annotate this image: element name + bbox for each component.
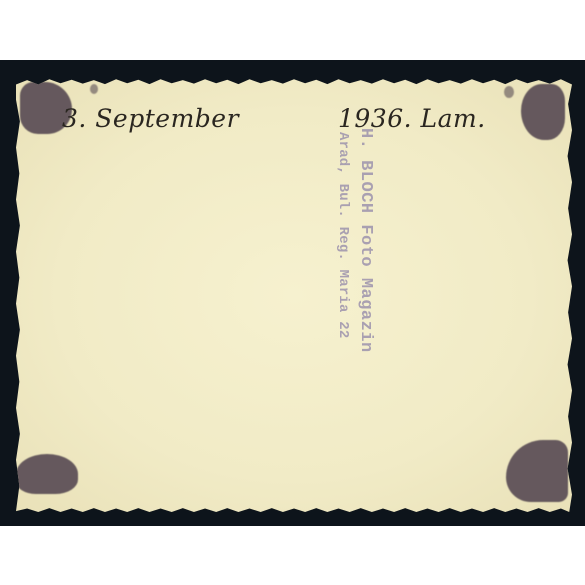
handwritten-date-day-month: 3. September	[62, 104, 239, 133]
mount-residue-speck	[504, 86, 514, 98]
photograph-back: 3. September 1936. Lam. H. BLOCH Foto Ma…	[16, 78, 572, 512]
stamp-studio-name: H. BLOCH Foto Magazin	[354, 128, 376, 353]
mount-residue-bottom-right	[506, 440, 568, 502]
mount-residue-bottom-left	[16, 454, 78, 494]
stamp-address: Arad, Bul. Reg. Maria 22	[332, 128, 354, 353]
mount-residue-speck	[90, 84, 98, 94]
mount-residue-top-right	[521, 84, 565, 140]
studio-stamp: H. BLOCH Foto Magazin Arad, Bul. Reg. Ma…	[332, 128, 376, 353]
